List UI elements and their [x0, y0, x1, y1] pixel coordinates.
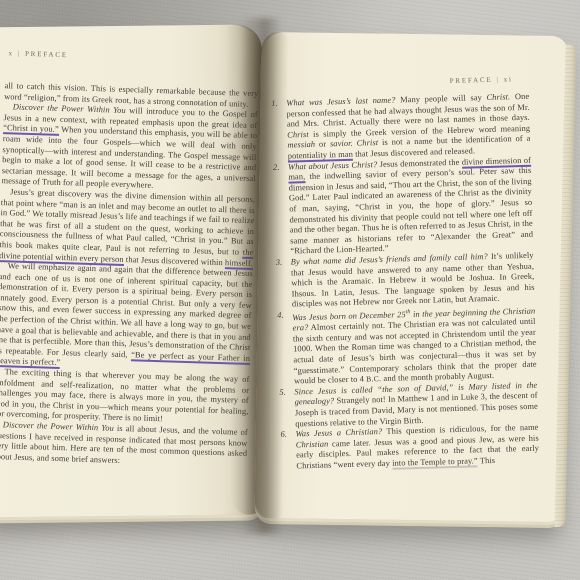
page-fore-edge: [554, 44, 576, 527]
question-item: 6.Was Jesus a Christian? This question i…: [280, 423, 539, 473]
question-text: Was Jesus a Christian? This question is …: [295, 423, 539, 472]
questions-list: 1.What was Jesus’s last name? Many peopl…: [271, 92, 539, 473]
question-number: 6.: [280, 430, 295, 441]
paragraph: Jesus’s great discovery was the divine d…: [0, 187, 255, 269]
text-segment: or: [315, 140, 330, 149]
question-item: 4.Was Jesus born on December 25th in the…: [277, 304, 537, 388]
question-number: 2.: [273, 162, 288, 173]
right-page: PREFACE|xi 1.What was Jesus’s last name?…: [255, 32, 568, 522]
left-page-content: x|PREFACE all to catch this vision. This…: [0, 49, 260, 470]
text-segment: into the Temple to pray.”: [392, 456, 478, 469]
text-segment: Jesus demonstrated the: [377, 157, 462, 168]
text-segment: B.C.: [366, 374, 381, 383]
right-running-title: PREFACE: [450, 76, 493, 85]
text-segment: When you understand this emphasis, you w…: [1, 125, 257, 190]
right-page-number: xi: [504, 75, 513, 83]
question-text: What about Jesus Christ? Jesus demonstra…: [288, 155, 534, 257]
question-number: 5.: [279, 387, 294, 398]
left-page-text: all to catch this vision. This is especi…: [0, 81, 259, 470]
right-page-content: PREFACE|xi 1.What was Jesus’s last name?…: [271, 75, 540, 473]
paragraph: Discover the Power Within You will intro…: [1, 102, 258, 195]
text-segment: Christian: [296, 439, 329, 449]
question-number: 3.: [276, 257, 291, 268]
paragraph: We will emphasize again and again that t…: [0, 261, 253, 375]
question-text: Since Jesus is called “the son of David,…: [294, 381, 538, 430]
running-head-divider: |: [14, 49, 25, 57]
paragraph: The exciting thing is that wherever you …: [0, 367, 250, 428]
paragraph: Discover the Power Within You is all abo…: [0, 420, 248, 470]
text-segment: This: [478, 456, 496, 465]
text-segment: Christ: [287, 130, 309, 140]
text-segment: Was Jesus a Christian?: [295, 427, 382, 438]
question-text: By what name did Jesus’s friends and fam…: [291, 251, 535, 311]
left-running-title: PREFACE: [25, 50, 68, 59]
left-page: x|PREFACE all to catch this vision. This…: [0, 24, 267, 517]
question-text: Was Jesus born on December 25th in the y…: [292, 304, 537, 388]
question-item: 2.What about Jesus Christ? Jesus demonst…: [273, 155, 534, 258]
running-head-divider: |: [492, 76, 503, 84]
question-item: 3.By what name did Jesus’s friends and f…: [276, 251, 535, 311]
text-segment: savior.: [330, 139, 353, 149]
text-segment: The exciting thing is that wherever you …: [0, 367, 250, 423]
text-segment: Christ.: [486, 92, 510, 102]
text-segment: Many people will say: [395, 93, 486, 105]
text-segment: messiah: [287, 140, 315, 150]
text-segment: We will emphasize again and again that t…: [0, 261, 253, 359]
question-item: 5.Since Jesus is called “the son of Davi…: [279, 381, 538, 431]
text-segment: Christ: [357, 138, 379, 148]
right-running-head: PREFACE|xi: [271, 75, 513, 90]
question-number: 1.: [271, 99, 286, 110]
photo-of-open-book: x|PREFACE all to catch this vision. This…: [0, 0, 580, 580]
question-text: What was Jesus’s last name? Many people …: [286, 92, 531, 162]
text-segment: What about Jesus Christ?: [288, 160, 377, 171]
text-segment: the indwelling savior of every person’s …: [289, 166, 534, 256]
left-running-head: x|PREFACE: [8, 49, 259, 65]
question-number: 4.: [277, 310, 292, 321]
question-item: 1.What was Jesus’s last name? Many peopl…: [271, 92, 531, 163]
text-segment: Jesus’s great discovery was the divine d…: [0, 187, 255, 256]
